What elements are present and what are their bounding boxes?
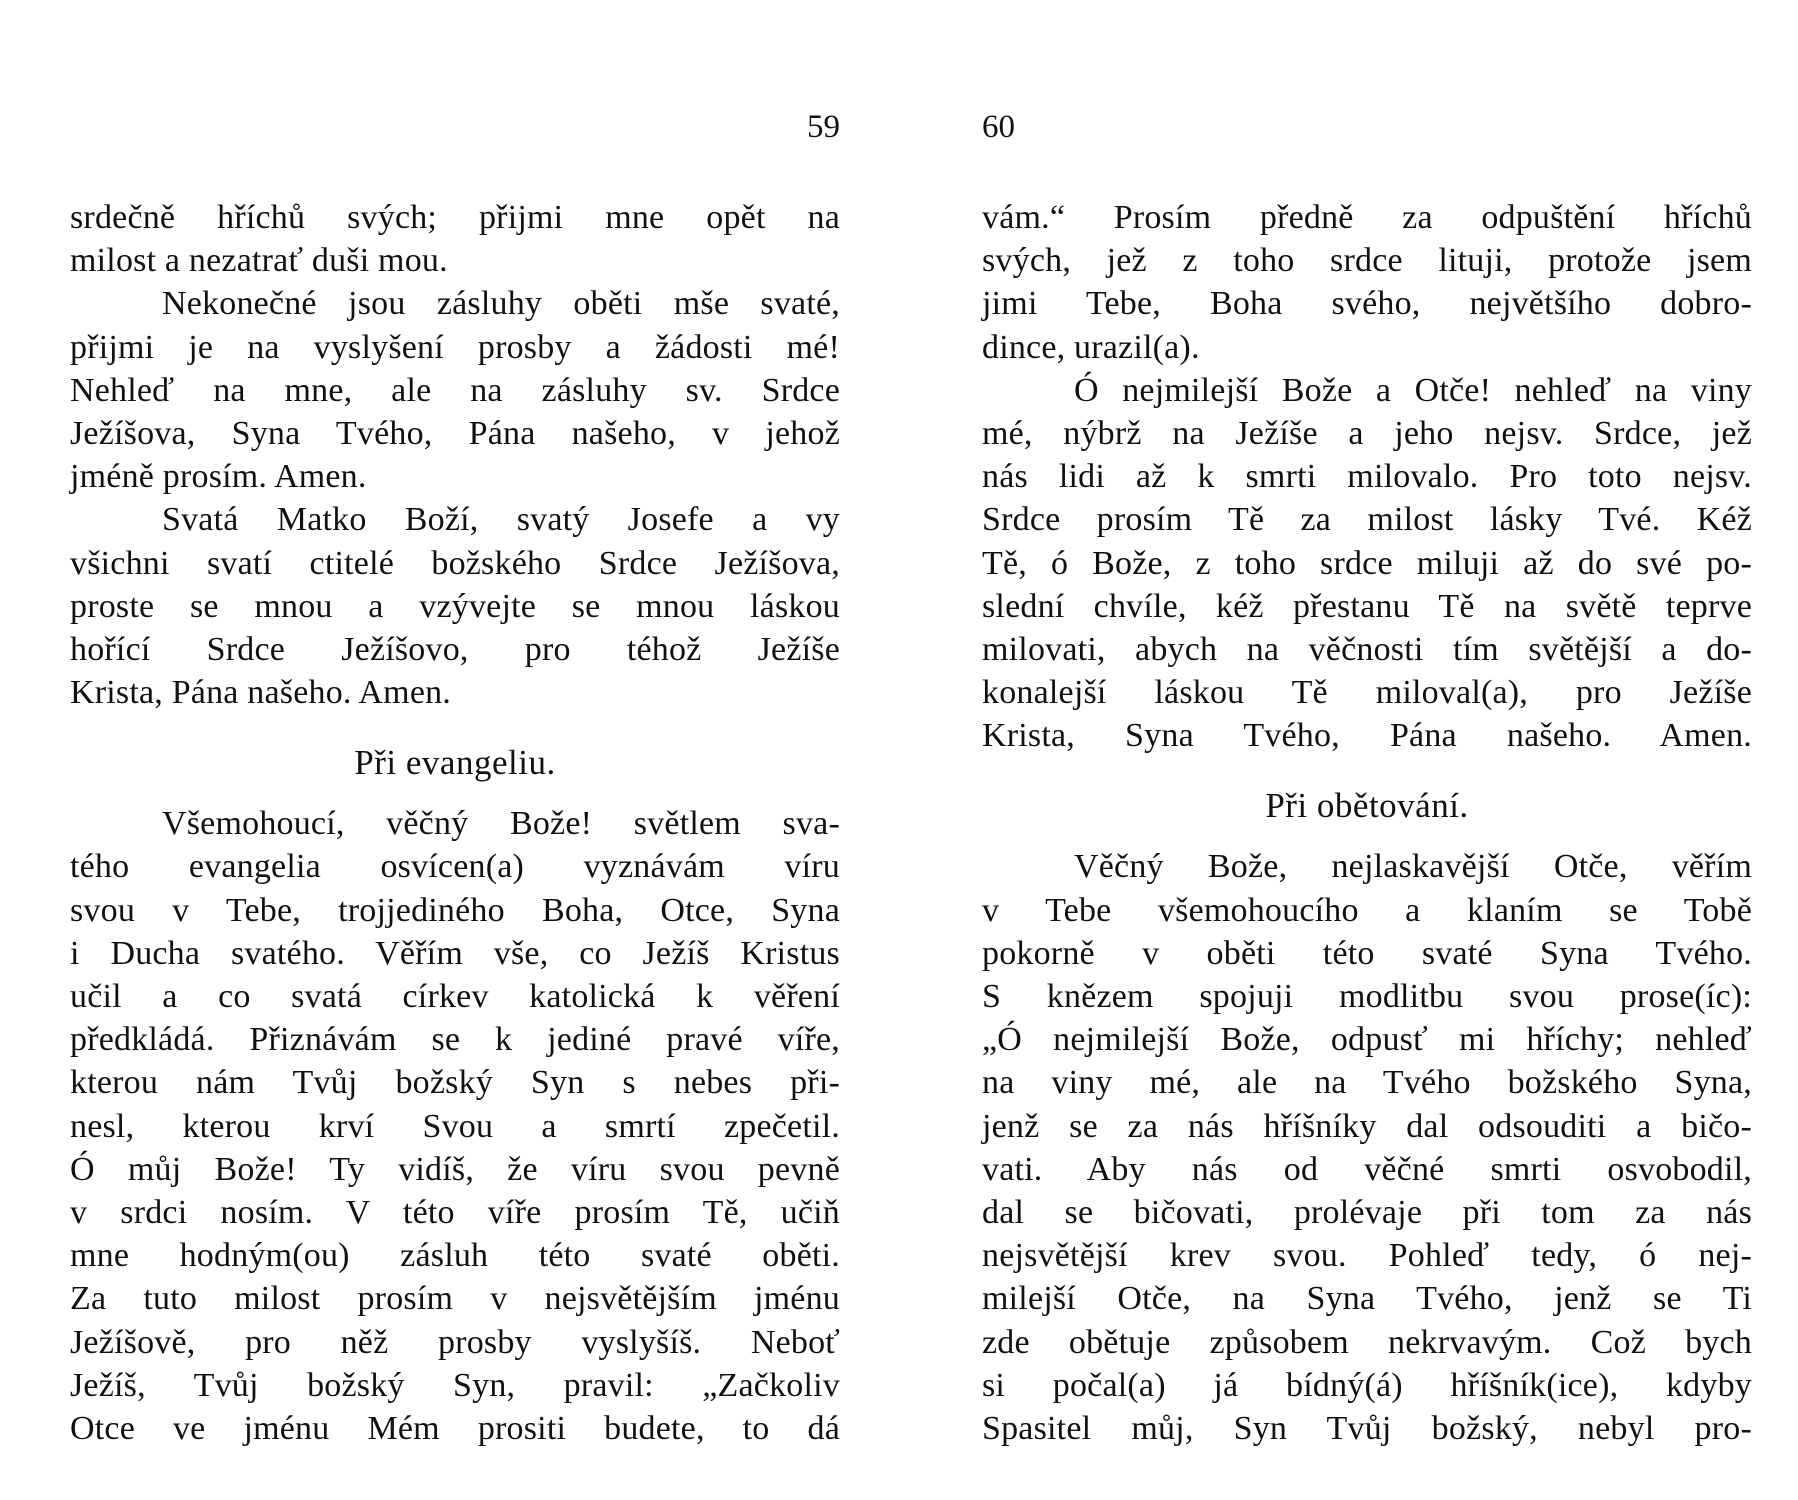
- text-line: v Tebe všemohoucího a klaním se Tobě: [982, 889, 1752, 932]
- page-number: 59: [807, 107, 840, 147]
- text-line: svou v Tebe, trojjediného Boha, Otce, Sy…: [70, 889, 840, 932]
- text-line: nejsvětější krev svou. Pohleď tedy, ó ne…: [982, 1234, 1752, 1277]
- text-line: tého evangelia osvícen(a) vyznávám víru: [70, 845, 840, 888]
- text-line: v srdci nosím. V této víře prosím Tě, uč…: [70, 1191, 840, 1234]
- text-line: nesl, kterou krví Svou a smrtí zpečetil.: [70, 1105, 840, 1148]
- right-page: 60 vám.“ Prosím předně za odpuštění hříc…: [982, 0, 1752, 1500]
- text-line: konalejší láskou Tě miloval(a), pro Ježí…: [982, 671, 1752, 714]
- text-line: Nekonečné jsou zásluhy oběti mše svaté,: [70, 282, 840, 325]
- text-line: hořící Srdce Ježíšovo, pro téhož Ježíše: [70, 628, 840, 671]
- text-line: vám.“ Prosím předně za odpuštění hříchů: [982, 196, 1752, 239]
- text-line: všichni svatí ctitelé božského Srdce Jež…: [70, 542, 840, 585]
- text-line: Ó nejmilejší Bože a Otče! nehleď na viny: [982, 369, 1752, 412]
- text-line: slední chvíle, kéž přestanu Tě na světě …: [982, 585, 1752, 628]
- text-line: mne hodným(ou) zásluh této svaté oběti.: [70, 1234, 840, 1277]
- text-line: Svatá Matko Boží, svatý Josefe a vy: [70, 498, 840, 541]
- text-line: Tě, ó Bože, z toho srdce miluji až do sv…: [982, 542, 1752, 585]
- section-heading: Při obětování.: [982, 782, 1752, 830]
- text-line: proste se mnou a vzývejte se mnou láskou: [70, 585, 840, 628]
- text-line: si počal(a) já bídný(á) hříšník(ice), kd…: [982, 1364, 1752, 1407]
- left-page: 59 srdečně hříchů svých; přijmi mne opět…: [70, 0, 840, 1500]
- text-line: srdečně hříchů svých; přijmi mne opět na: [70, 196, 840, 239]
- text-line: Ježíš, Tvůj božský Syn, pravil: „Začkoli…: [70, 1364, 840, 1407]
- page-number: 60: [982, 107, 1015, 147]
- text-line: Ježíšově, pro něž prosby vyslyšíš. Neboť: [70, 1321, 840, 1364]
- text-line: jenž se za nás hříšníky dal odsouditi a …: [982, 1105, 1752, 1148]
- text-line: Spasitel můj, Syn Tvůj božský, nebyl pro…: [982, 1407, 1752, 1450]
- text-line: Krista, Pána našeho. Amen.: [70, 671, 840, 714]
- text-line: Krista, Syna Tvého, Pána našeho. Amen.: [982, 714, 1752, 757]
- text-line: jméně prosím. Amen.: [70, 455, 840, 498]
- text-line: Otce ve jménu Mém prositi budete, to dá: [70, 1407, 840, 1450]
- text-line: „Ó nejmilejší Bože, odpusť mi hříchy; ne…: [982, 1018, 1752, 1061]
- text-line: vati. Aby nás od věčné smrti osvobodil,: [982, 1148, 1752, 1191]
- text-line: jimi Tebe, Boha svého, největšího dobro-: [982, 282, 1752, 325]
- text-line: učil a co svatá církev katolická k věřen…: [70, 975, 840, 1018]
- text-line: na viny mé, ale na Tvého božského Syna,: [982, 1061, 1752, 1104]
- section-heading: Při evangeliu.: [70, 739, 840, 787]
- text-line: nás lidi až k smrti milovalo. Pro toto n…: [982, 455, 1752, 498]
- text-line: zde obětuje způsobem nekrvavým. Což bych: [982, 1321, 1752, 1364]
- book-spread: 59 srdečně hříchů svých; přijmi mne opět…: [0, 0, 1798, 1500]
- text-line: svých, jež z toho srdce lituji, protože …: [982, 239, 1752, 282]
- text-line: dince, urazil(a).: [982, 326, 1752, 369]
- text-line: milost a nezatrať duši mou.: [70, 239, 840, 282]
- text-line: přijmi je na vyslyšení prosby a žádosti …: [70, 326, 840, 369]
- text-line: Srdce prosím Tě za milost lásky Tvé. Kéž: [982, 498, 1752, 541]
- text-line: předkládá. Přiznávám se k jediné pravé v…: [70, 1018, 840, 1061]
- text-line: Všemohoucí, věčný Bože! světlem sva-: [70, 802, 840, 845]
- text-line: S knězem spojuji modlitbu svou prose(íc)…: [982, 975, 1752, 1018]
- page-text: srdečně hříchů svých; přijmi mne opět na…: [70, 196, 840, 1450]
- text-line: Za tuto milost prosím v nejsvětějším jmé…: [70, 1277, 840, 1320]
- text-line: Nehleď na mne, ale na zásluhy sv. Srdce: [70, 369, 840, 412]
- text-line: milovati, abych na věčnosti tím světější…: [982, 628, 1752, 671]
- text-line: Ježíšova, Syna Tvého, Pána našeho, v jeh…: [70, 412, 840, 455]
- text-line: mé, nýbrž na Ježíše a jeho nejsv. Srdce,…: [982, 412, 1752, 455]
- text-line: kterou nám Tvůj božský Syn s nebes při-: [70, 1061, 840, 1104]
- text-line: Věčný Bože, nejlaskavější Otče, věřím: [982, 845, 1752, 888]
- text-line: dal se bičovati, prolévaje při tom za ná…: [982, 1191, 1752, 1234]
- page-text: vám.“ Prosím předně za odpuštění hříchů …: [982, 196, 1752, 1450]
- text-line: milejší Otče, na Syna Tvého, jenž se Ti: [982, 1277, 1752, 1320]
- text-line: pokorně v oběti této svaté Syna Tvého.: [982, 932, 1752, 975]
- text-line: i Ducha svatého. Věřím vše, co Ježíš Kri…: [70, 932, 840, 975]
- text-line: Ó můj Bože! Ty vidíš, že víru svou pevně: [70, 1148, 840, 1191]
